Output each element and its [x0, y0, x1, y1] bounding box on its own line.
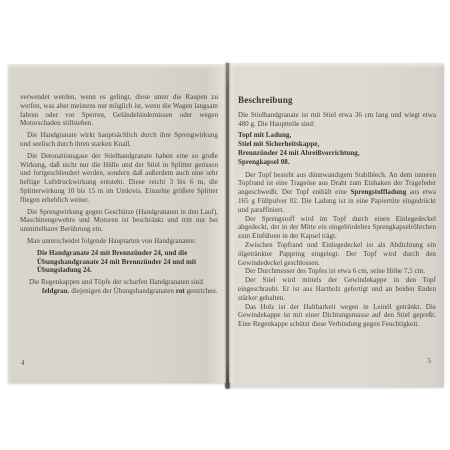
book-page-right: Beschreibung Die Stielhandgranate ist mi… — [229, 63, 444, 387]
text-run: Die Sprengwirkung gegen Geschütze (Handg… — [20, 208, 218, 234]
text-run: Die Handgranate wirkt hauptsächlich durc… — [20, 131, 218, 148]
bold-text-run: Sprengstoffladung — [350, 188, 406, 196]
bold-text-run: Die Handgranate 24 mit Brennzünder 24, u… — [37, 249, 196, 275]
paragraph: Man unterscheidet folgende Hauptarten vo… — [20, 237, 218, 246]
paragraph: Zwischen Topfrand und Einlegedeckel ist … — [238, 241, 436, 267]
text-run: Der Sprengstoff wird im Topf durch einen… — [238, 215, 436, 241]
paragraph: Die Detonationsgase der Stielhandgranate… — [20, 152, 218, 205]
paragraph: Der Stiel wird mittels der Gewindekappe … — [238, 276, 436, 302]
text-run: Die Detonationsgase der Stielhandgranate… — [20, 152, 218, 204]
text-run: , diejenigen der Übungshandgranaten — [68, 287, 176, 295]
paragraph: Die Handgranate wirkt hauptsächlich durc… — [20, 131, 218, 149]
book-page-left: verwendet werden, wenn es gelingt, diese… — [8, 64, 227, 383]
page-number-right: 5 — [428, 357, 432, 365]
text-run: verwendet werden, wenn es gelingt, diese… — [20, 93, 218, 127]
paragraph: Die Regenkappen und Töpfe der scharfen H… — [42, 278, 218, 296]
book-gutter-shadow — [226, 63, 229, 385]
paragraph: Die Handgranate 24 mit Brennzünder 24, u… — [37, 249, 218, 275]
text-run: gestrichen. — [185, 287, 218, 295]
page-text-column-right: Beschreibung Die Stielhandgranate ist mi… — [238, 96, 436, 329]
text-run: Die Stielhandgranate ist mit Stiel etwa … — [238, 111, 436, 128]
paragraph: Die Sprengwirkung gegen Geschütze (Handg… — [20, 208, 218, 234]
text-run: Zwischen Topfrand und Einlegedeckel ist … — [238, 241, 436, 267]
paragraph: Das Holz ist der Haltbarkeit wegen in Le… — [238, 303, 436, 329]
bold-text-run: rot — [176, 287, 185, 295]
scanned-document-background: { "colors": { "background": "#ffffff", "… — [0, 0, 450, 450]
bold-text-run: feldgrau — [42, 287, 68, 295]
book-spread: verwendet werden, wenn es gelingt, diese… — [0, 0, 450, 450]
paragraph: Der Topf besteht aus dünnwandigem Stahlb… — [238, 171, 436, 215]
paragraph: Der Sprengstoff wird im Topf durch einen… — [238, 215, 436, 241]
section-heading: Beschreibung — [238, 96, 436, 105]
text-run: Die Regenkappen und Töpfe der scharfen H… — [29, 278, 203, 286]
text-run: Der Durchmesser des Topfes ist etwa 6 cm… — [245, 267, 425, 275]
paragraph: Die Stielhandgranate ist mit Stiel etwa … — [238, 111, 436, 129]
page-text-column-left: verwendet werden, wenn es gelingt, diese… — [20, 93, 218, 299]
paragraph: Der Durchmesser des Topfes ist etwa 6 cm… — [238, 267, 436, 276]
book-gutter-fold-shadow — [225, 383, 230, 389]
text-run: Das Holz ist der Haltbarkeit wegen in Le… — [238, 303, 436, 329]
text-run: Man unterscheidet folgende Hauptarten vo… — [27, 237, 196, 245]
paragraph: Topf mit Ladung,Stiel mit Sicherheitskap… — [238, 131, 436, 166]
page-number-left: 4 — [21, 359, 25, 367]
text-run: Der Stiel wird mittels der Gewindekappe … — [238, 276, 436, 302]
paragraph: verwendet werden, wenn es gelingt, diese… — [20, 93, 218, 128]
